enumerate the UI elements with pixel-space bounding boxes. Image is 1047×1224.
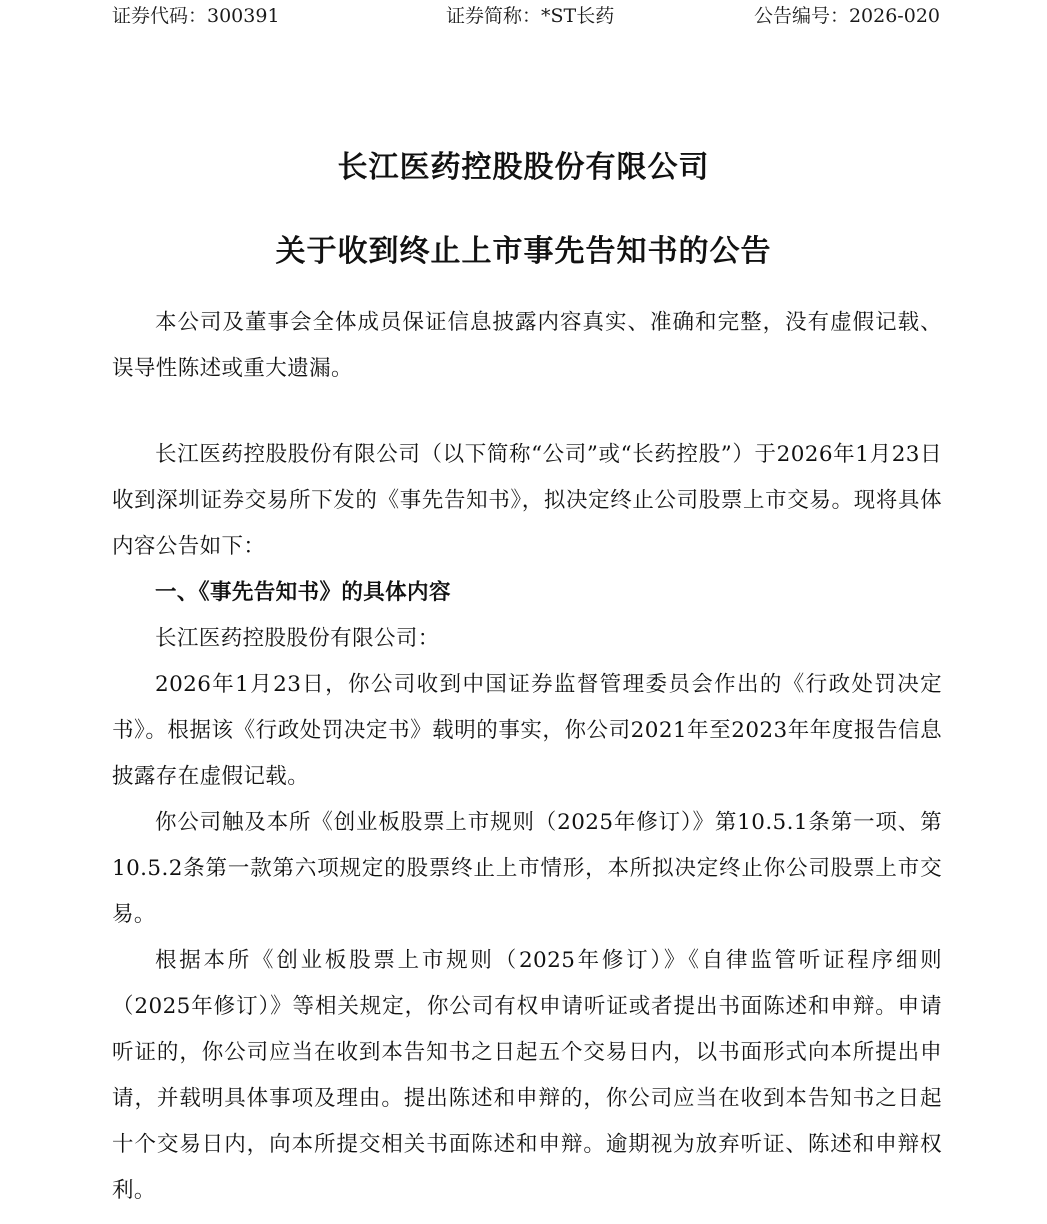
body-paragraph-1: 2026年1月23日，你公司收到中国证券监督管理委员会作出的《行政处罚决定书》。… [112, 662, 942, 800]
security-code: 证券代码：300391 [112, 3, 280, 29]
body-paragraph-3: 根据本所《创业板股票上市规则（2025年修订）》《自律监管听证程序细则（2025… [112, 938, 942, 1214]
company-name-title: 长江医药控股股份有限公司 [0, 142, 1047, 186]
disclaimer-text: 本公司及董事会全体成员保证信息披露内容真实、准确和完整，没有虚假记载、误导性陈述… [112, 300, 942, 392]
announcement-body: 长江医药控股股份有限公司（以下简称“公司”或“长药控股”）于2026年1月23日… [112, 432, 942, 1214]
document-header: 证券代码：300391 证券简称：*ST长药 公告编号：2026-020 [112, 3, 940, 29]
section-heading: 一、《事先告知书》的具体内容 [112, 570, 942, 616]
intro-paragraph: 长江医药控股股份有限公司（以下简称“公司”或“长药控股”）于2026年1月23日… [112, 432, 942, 570]
disclaimer-block: 本公司及董事会全体成员保证信息披露内容真实、准确和完整，没有虚假记载、误导性陈述… [112, 300, 942, 392]
salutation: 长江医药控股股份有限公司： [112, 616, 942, 662]
announcement-number: 公告编号：2026-020 [754, 3, 940, 29]
security-abbreviation: 证券简称：*ST长药 [446, 3, 614, 29]
announcement-subject-title: 关于收到终止上市事先告知书的公告 [0, 226, 1047, 270]
body-paragraph-2: 你公司触及本所《创业板股票上市规则（2025年修订）》第10.5.1条第一项、第… [112, 800, 942, 938]
